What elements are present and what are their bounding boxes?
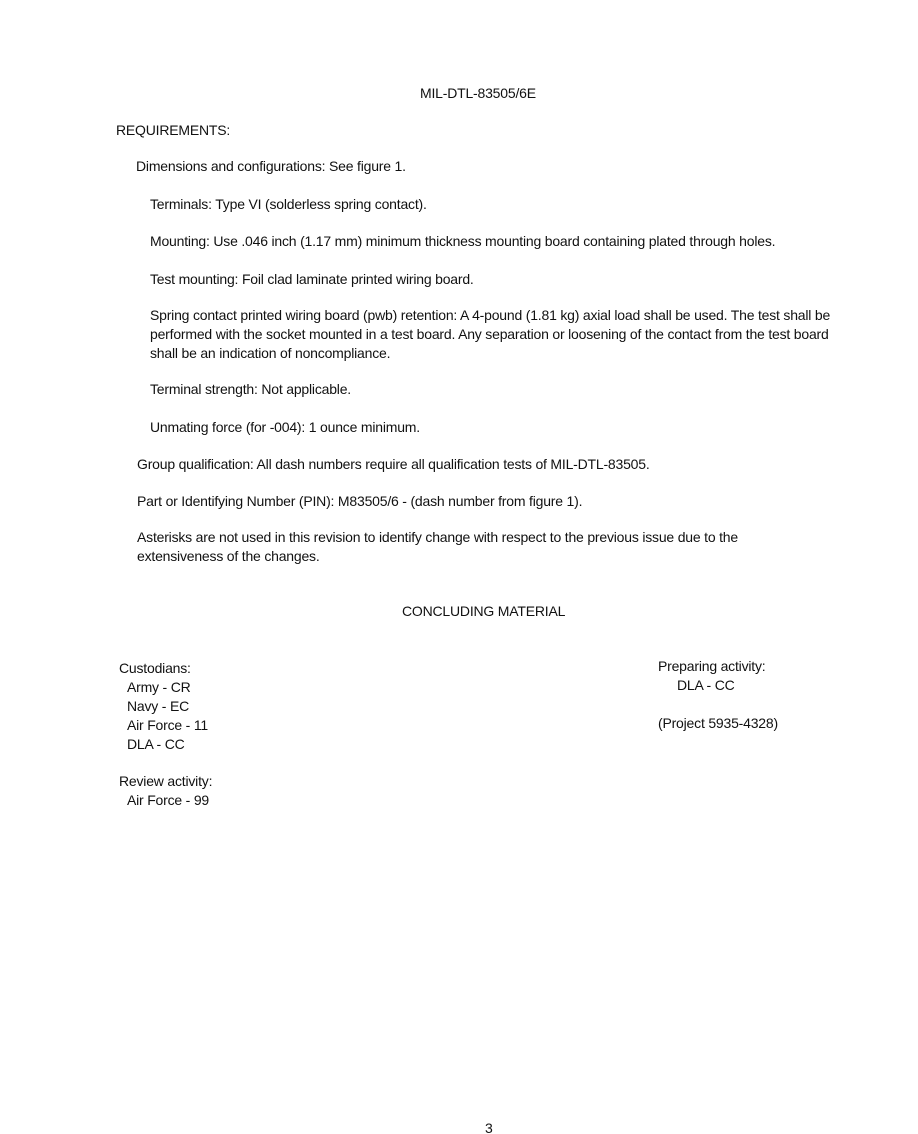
page-number: 3 (485, 1119, 493, 1134)
requirement-mounting: Mounting: Use .046 inch (1.17 mm) minimu… (150, 232, 775, 251)
project-number: (Project 5935-4328) (658, 714, 778, 733)
custodian-entry: Navy - EC (119, 697, 208, 716)
requirement-pwb-retention: Spring contact printed wiring board (pwb… (150, 306, 860, 363)
custodian-entry: DLA - CC (119, 735, 208, 754)
requirements-heading: REQUIREMENTS: (116, 121, 230, 140)
custodian-entry: Army - CR (119, 678, 208, 697)
requirement-group-qualification: Group qualification: All dash numbers re… (137, 455, 650, 474)
requirement-unmating-force: Unmating force (for -004): 1 ounce minim… (150, 418, 420, 437)
requirement-pin: Part or Identifying Number (PIN): M83505… (137, 492, 582, 511)
requirement-test-mounting: Test mounting: Foil clad laminate printe… (150, 270, 474, 289)
review-activity-block: Review activity: Air Force - 99 (119, 772, 212, 810)
requirement-dimensions: Dimensions and configurations: See figur… (136, 157, 406, 176)
asterisks-note: Asterisks are not used in this revision … (137, 528, 807, 566)
custodians-block: Custodians: Army - CR Navy - EC Air Forc… (119, 659, 208, 754)
custodians-label: Custodians: (119, 659, 208, 678)
spacer (658, 695, 778, 714)
requirement-terminal-strength: Terminal strength: Not applicable. (150, 380, 351, 399)
concluding-material-heading: CONCLUDING MATERIAL (402, 602, 565, 621)
review-activity-entry: Air Force - 99 (119, 791, 212, 810)
requirement-terminals: Terminals: Type VI (solderless spring co… (150, 195, 427, 214)
document-id-header: MIL-DTL-83505/6E (420, 84, 536, 103)
preparing-activity-block: Preparing activity: DLA - CC (Project 59… (658, 657, 778, 733)
review-activity-label: Review activity: (119, 772, 212, 791)
custodian-entry: Air Force - 11 (119, 716, 208, 735)
preparing-activity-label: Preparing activity: (658, 657, 778, 676)
preparing-activity-entry: DLA - CC (658, 676, 778, 695)
